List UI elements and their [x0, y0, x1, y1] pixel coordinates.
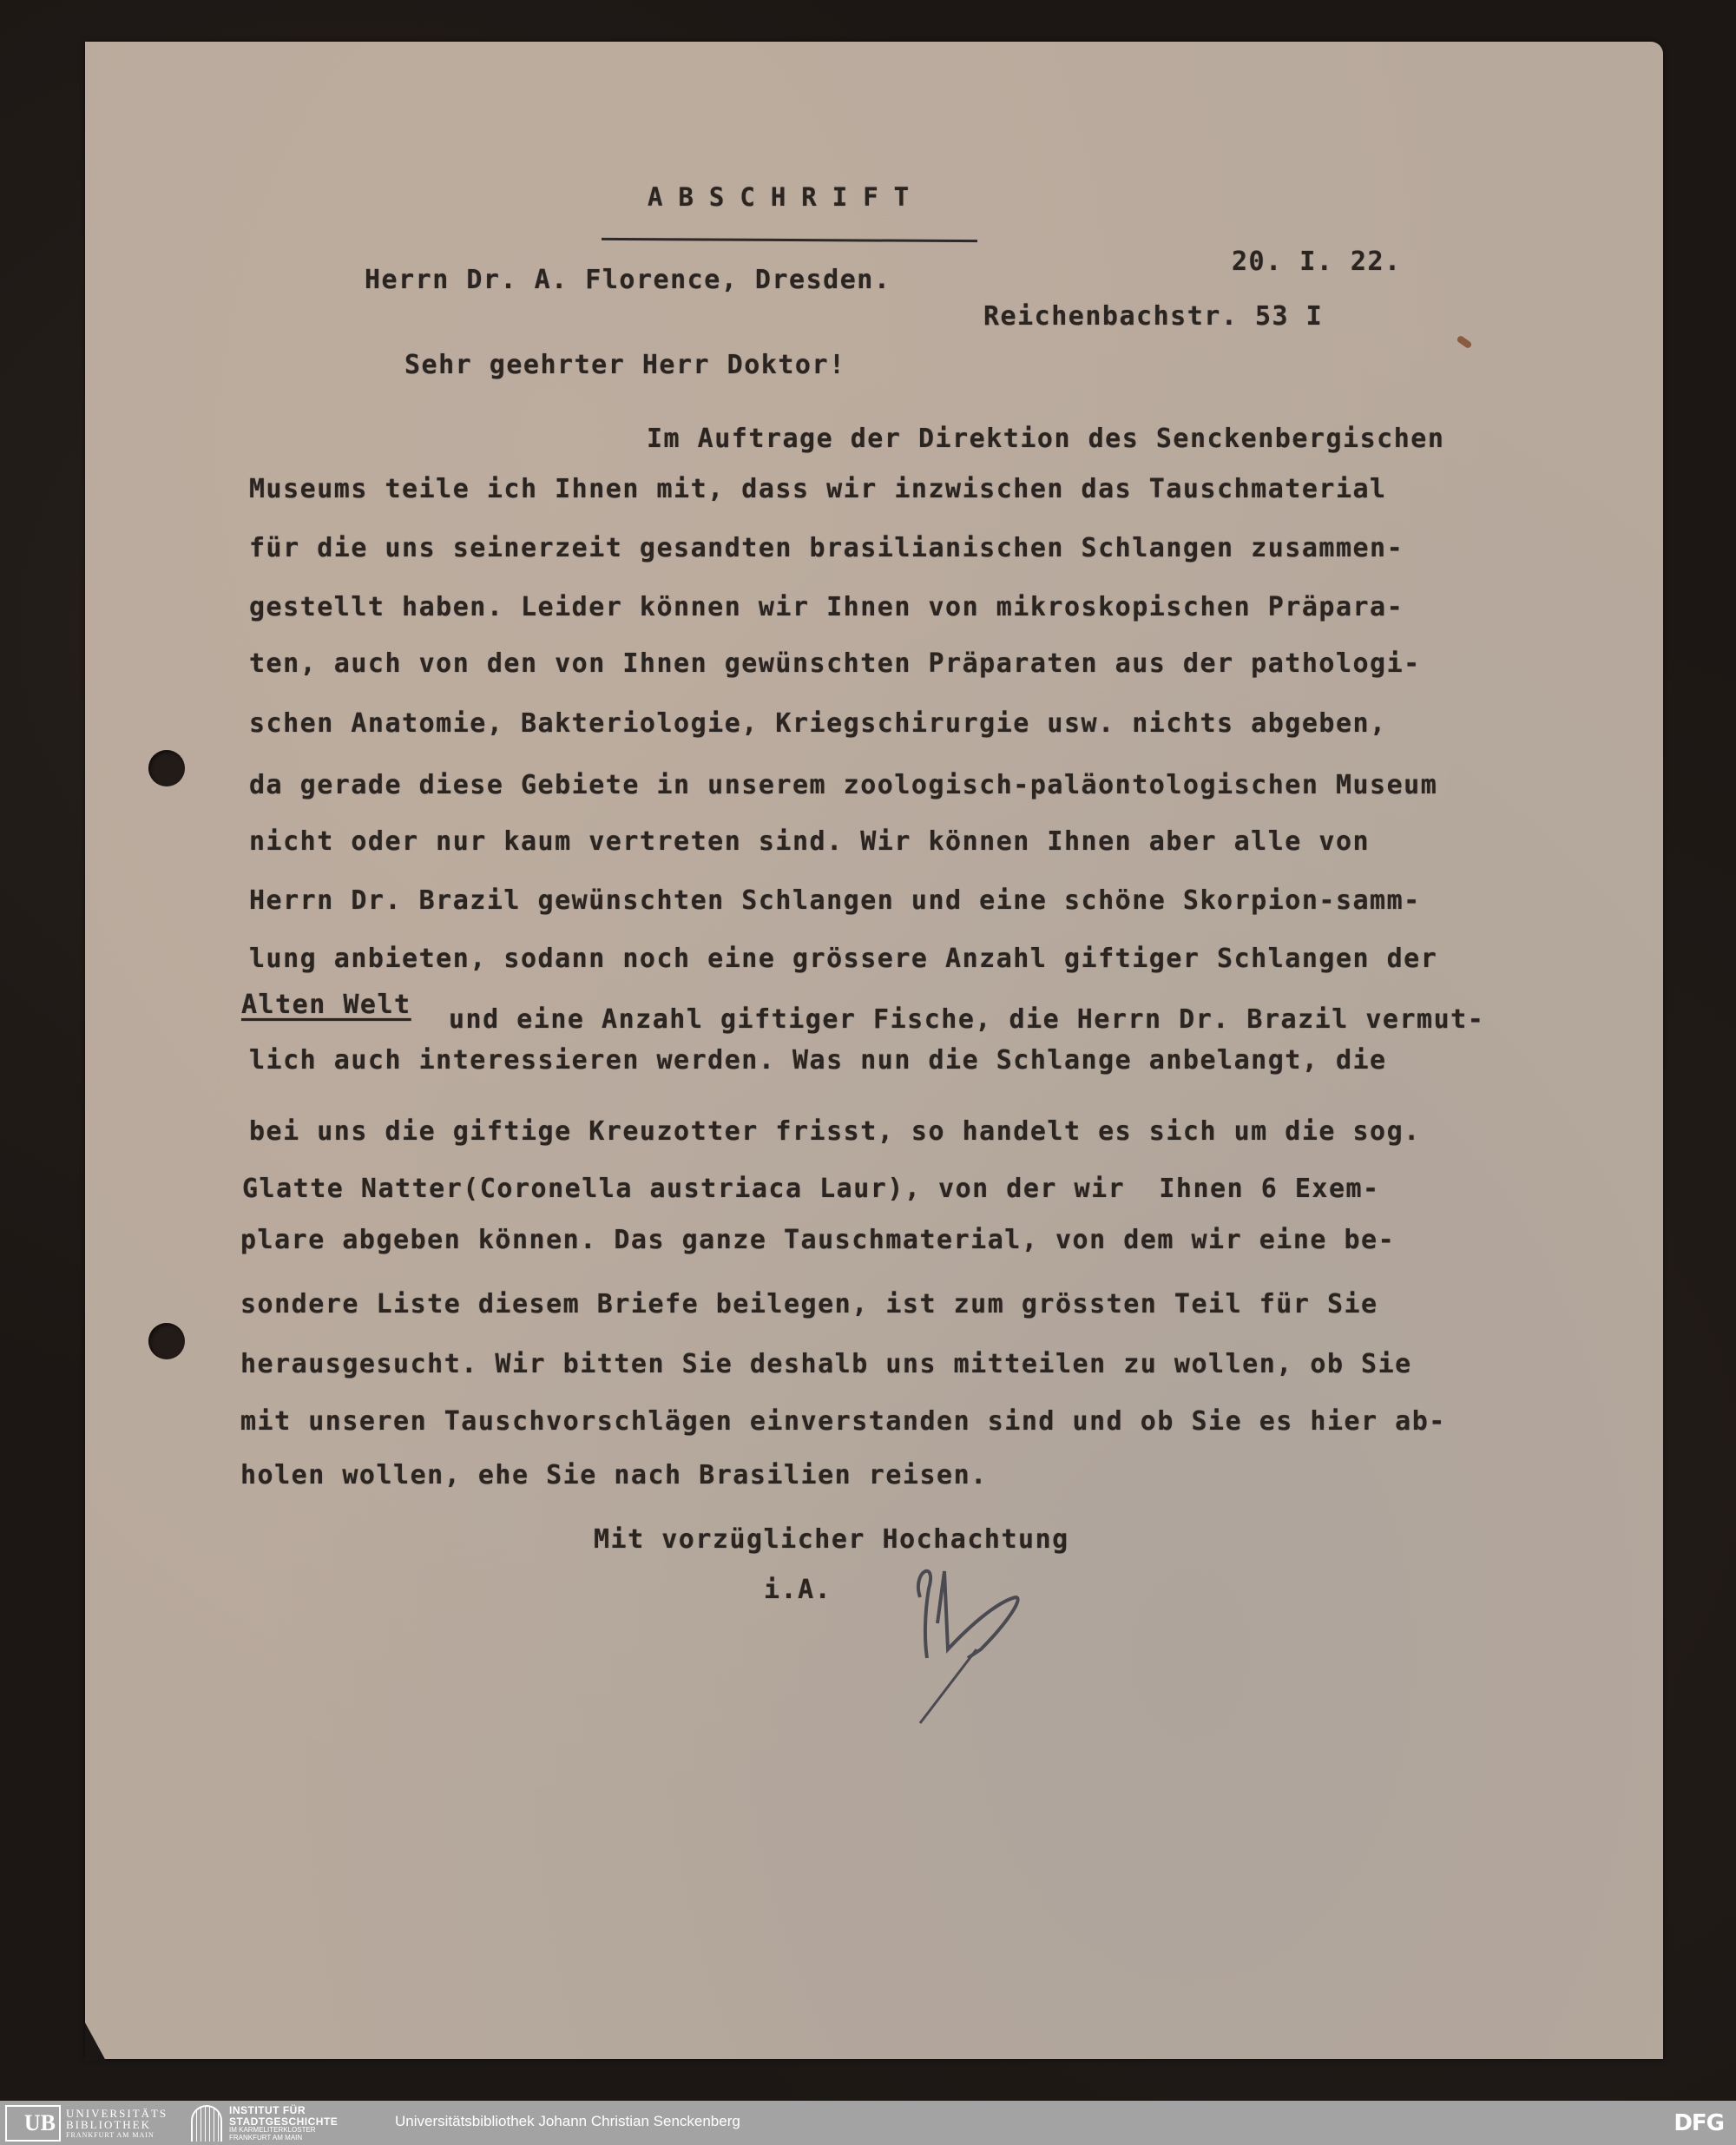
isg-logo-line4: FRANKFURT AM MAIN [229, 2135, 338, 2142]
body-line: holen wollen, ehe Sie nach Brasilien rei… [240, 1463, 988, 1489]
document-heading: ABSCHRIFT [648, 185, 924, 210]
letter-date: 20. I. 22. [1232, 249, 1402, 275]
ub-logo-mark: UB [5, 2105, 61, 2142]
footer-bar: UB UNIVERSITÄTS BIBLIOTHEK FRANKFURT AM … [0, 2101, 1736, 2145]
body-line: Museums teile ich Ihnen mit, dass wir in… [249, 477, 1387, 503]
body-line: für die uns seinerzeit gesandten brasili… [249, 536, 1404, 562]
body-line: Glatte Natter(Coronella austriaca Laur),… [242, 1176, 1380, 1202]
body-line: und eine Anzahl giftiger Fische, die Her… [449, 1007, 1484, 1033]
body-line: herausgesucht. Wir bitten Sie deshalb un… [240, 1352, 1412, 1378]
body-line: Herrn Dr. Brazil gewünschten Schlangen u… [249, 888, 1421, 914]
body-line: ten, auch von den von Ihnen gewünschten … [249, 651, 1421, 677]
body-line: nicht oder nur kaum vertreten sind. Wir … [249, 829, 1370, 855]
closing-phrase: Mit vorzüglicher Hochachtung [594, 1527, 1069, 1553]
isg-logo-line1: INSTITUT FÜR [229, 2105, 338, 2116]
ub-logo: UB UNIVERSITÄTS BIBLIOTHEK FRANKFURT AM … [5, 2104, 168, 2142]
recipient-line: Herrn Dr. A. Florence, Dresden. [365, 267, 891, 293]
body-line: plare abgeben können. Das ganze Tauschma… [240, 1227, 1395, 1253]
paper-stain [1456, 335, 1472, 350]
body-line: Im Auftrage der Direktion des Senckenber… [647, 426, 1444, 452]
signature-icon [903, 1563, 1094, 1727]
punch-hole-upper [148, 750, 185, 786]
body-line: sondere Liste diesem Briefe beilegen, is… [240, 1292, 1378, 1318]
ub-logo-line3: FRANKFURT AM MAIN [66, 2132, 168, 2139]
body-line: da gerade diese Gebiete in unserem zoolo… [249, 773, 1437, 799]
punch-hole-lower [148, 1323, 185, 1359]
isg-logo: INSTITUT FÜR STADTGESCHICHTE IM KARMELIT… [191, 2104, 338, 2142]
signoff: i.A. [764, 1577, 832, 1603]
recipient-address: Reichenbachstr. 53 I [983, 304, 1323, 330]
ub-logo-line2: BIBLIOTHEK [66, 2119, 168, 2130]
body-line: lich auch interessieren werden. Was nun … [249, 1048, 1387, 1074]
body-line: gestellt haben. Leider können wir Ihnen … [249, 595, 1404, 621]
isg-logo-text: INSTITUT FÜR STADTGESCHICHTE IM KARMELIT… [229, 2105, 338, 2142]
body-line: schen Anatomie, Bakteriologie, Kriegschi… [249, 711, 1387, 737]
footer-caption: Universitätsbibliothek Johann Christian … [395, 2113, 740, 2130]
dfg-logo: DFG [1674, 2110, 1724, 2136]
underlined-phrase: Alten Welt [241, 992, 411, 1018]
body-line: lung anbieten, sodann noch eine grössere… [249, 946, 1437, 972]
body-line: mit unseren Tauschvorschlägen einverstan… [240, 1409, 1446, 1435]
salutation: Sehr geehrter Herr Doktor! [404, 352, 846, 378]
body-line: bei uns die giftige Kreuzotter frisst, s… [249, 1119, 1421, 1145]
ub-logo-text: UNIVERSITÄTS BIBLIOTHEK FRANKFURT AM MAI… [66, 2108, 168, 2139]
arch-icon [191, 2105, 222, 2142]
